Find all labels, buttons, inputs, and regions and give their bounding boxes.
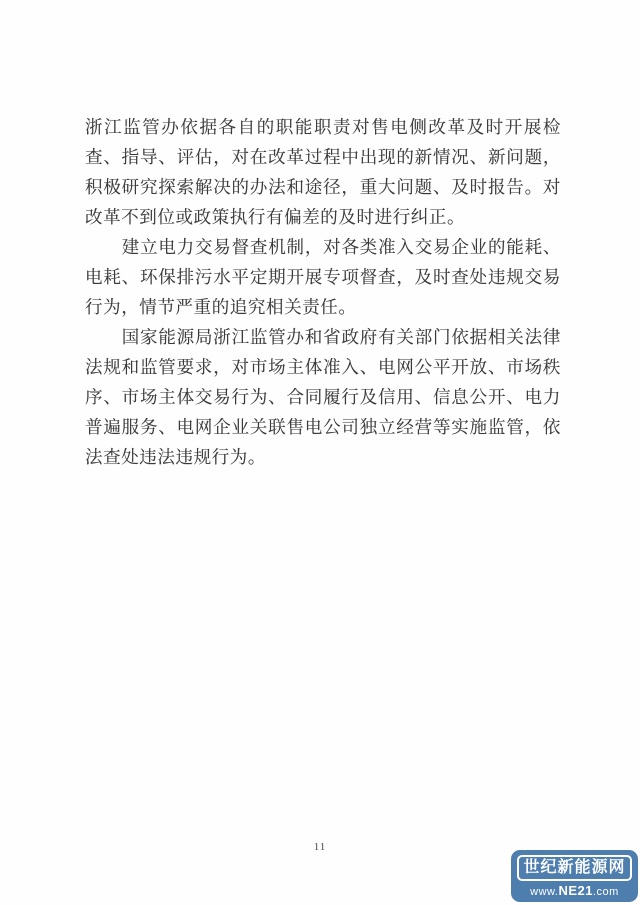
site-watermark-badge: 世纪新能源网 www.NE21.com — [511, 850, 638, 902]
watermark-url-domain: NE21 — [558, 883, 593, 898]
document-text-block: 浙江监管办依据各自的职能职责对售电侧改革及时开展检查、指导、评估，对在改革过程中… — [85, 112, 561, 472]
watermark-url-suffix: .com — [593, 886, 619, 898]
document-page: 浙江监管办依据各自的职能职责对售电侧改革及时开展检查、指导、评估，对在改革过程中… — [0, 0, 640, 905]
watermark-url-prefix: www. — [530, 886, 558, 898]
watermark-site-name: 世纪新能源网 — [517, 855, 631, 881]
paragraph: 国家能源局浙江监管办和省政府有关部门依据相关法律法规和监管要求，对市场主体准入、… — [85, 322, 561, 472]
paragraph: 建立电力交易督查机制，对各类准入交易企业的能耗、电耗、环保排污水平定期开展专项督… — [85, 232, 561, 322]
watermark-site-url: www.NE21.com — [530, 883, 619, 900]
paragraph: 浙江监管办依据各自的职能职责对售电侧改革及时开展检查、指导、评估，对在改革过程中… — [85, 112, 561, 232]
